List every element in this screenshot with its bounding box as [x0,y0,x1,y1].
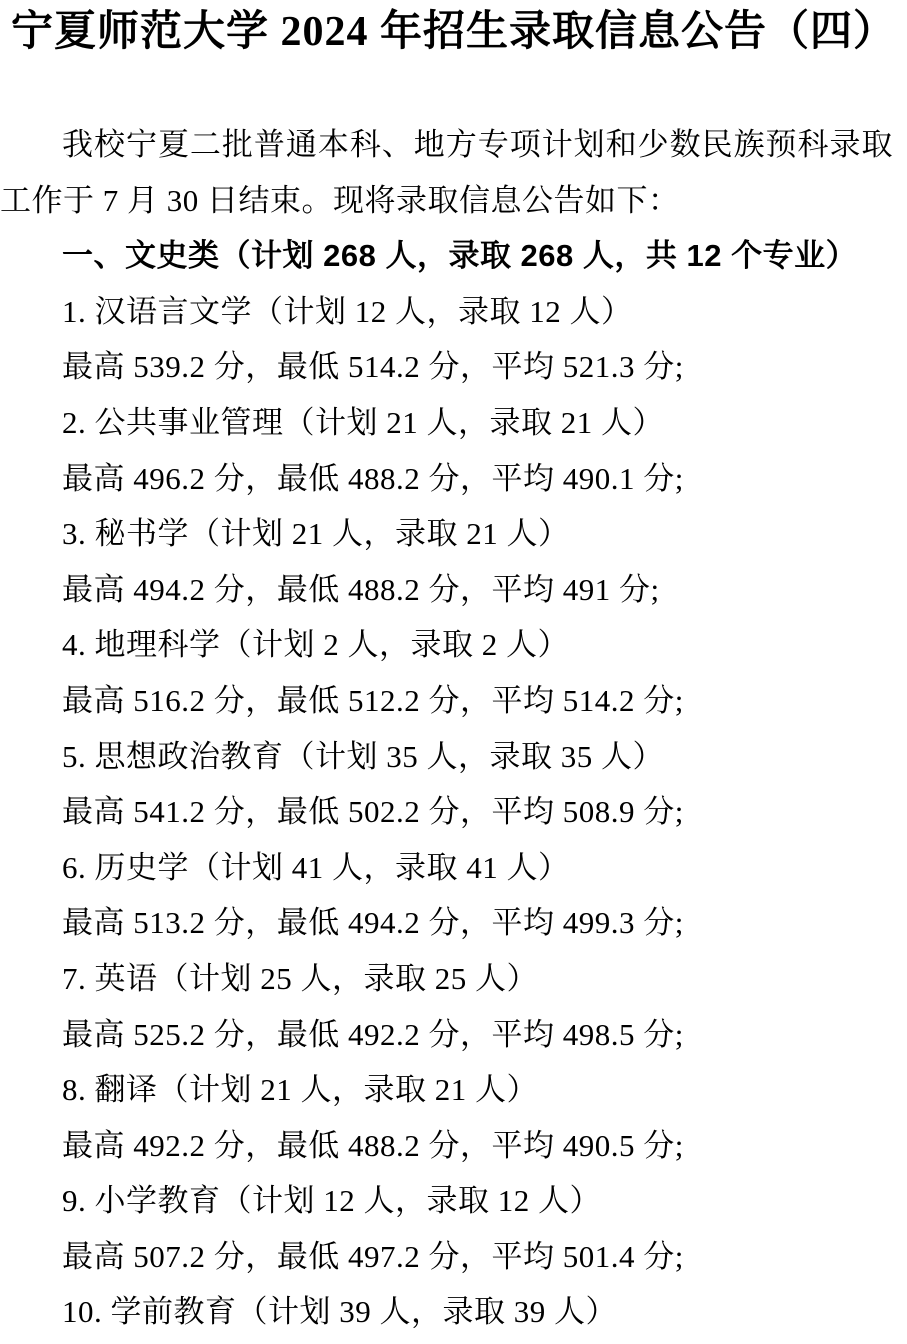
intro-paragraph: 我校宁夏二批普通本科、地方专项计划和少数民族预科录取工作于 7 月 30 日结束… [0,117,907,228]
major-score-line: 最高 494.2 分，最低 488.2 分，平均 491 分; [62,562,907,618]
major-score-line: 最高 539.2 分，最低 514.2 分，平均 521.3 分; [62,339,907,395]
major-title-line: 3. 秘书学（计划 21 人，录取 21 人） [62,506,907,562]
major-title-line: 2. 公共事业管理（计划 21 人，录取 21 人） [62,395,907,451]
major-score-line: 最高 516.2 分，最低 512.2 分，平均 514.2 分; [62,673,907,729]
announcement-document: 宁夏师范大学 2024 年招生录取信息公告（四） 我校宁夏二批普通本科、地方专项… [0,0,907,1340]
major-score-line: 最高 496.2 分，最低 488.2 分，平均 490.1 分; [62,451,907,507]
major-score-line: 最高 525.2 分，最低 492.2 分，平均 498.5 分; [62,1007,907,1063]
page-title: 宁夏师范大学 2024 年招生录取信息公告（四） [0,0,907,62]
section-heading-liberal-arts: 一、文史类（计划 268 人，录取 268 人，共 12 个专业） [62,228,907,284]
majors-list: 1. 汉语言文学（计划 12 人，录取 12 人）最高 539.2 分，最低 5… [0,284,907,1340]
major-score-line: 最高 513.2 分，最低 494.2 分，平均 499.3 分; [62,895,907,951]
major-title-line: 10. 学前教育（计划 39 人，录取 39 人） [62,1284,907,1340]
major-score-line: 最高 507.2 分，最低 497.2 分，平均 501.4 分; [62,1229,907,1285]
major-title-line: 9. 小学教育（计划 12 人，录取 12 人） [62,1173,907,1229]
major-title-line: 5. 思想政治教育（计划 35 人，录取 35 人） [62,729,907,785]
major-title-line: 7. 英语（计划 25 人，录取 25 人） [62,951,907,1007]
major-title-line: 1. 汉语言文学（计划 12 人，录取 12 人） [62,284,907,340]
major-title-line: 8. 翻译（计划 21 人，录取 21 人） [62,1062,907,1118]
major-score-line: 最高 492.2 分，最低 488.2 分，平均 490.5 分; [62,1118,907,1174]
document-page: { "page": { "title": "宁夏师范大学 2024 年招生录取信… [0,0,907,1344]
major-title-line: 4. 地理科学（计划 2 人，录取 2 人） [62,617,907,673]
major-score-line: 最高 541.2 分，最低 502.2 分，平均 508.9 分; [62,784,907,840]
major-title-line: 6. 历史学（计划 41 人，录取 41 人） [62,840,907,896]
